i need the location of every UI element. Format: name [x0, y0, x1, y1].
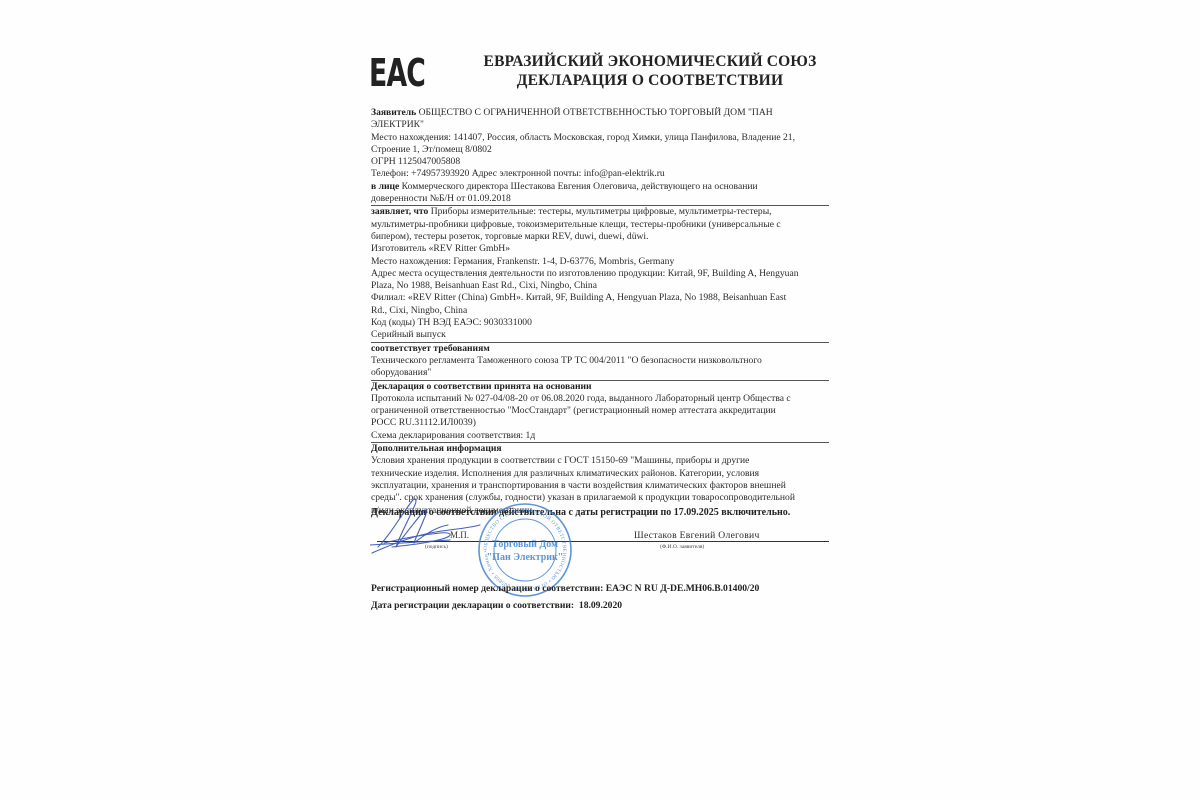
additional-label: Дополнительная информация [371, 443, 829, 455]
product-description-cont: бипером), тестеры розеток, торговые марк… [371, 231, 829, 243]
applicant-ogrn: ОГРН 1125047005808 [371, 156, 829, 168]
applicant-label: Заявитель [371, 107, 416, 118]
declares-label: заявляет, что [371, 206, 428, 217]
registration-date-label: Дата регистрации декларации о соответств… [371, 600, 574, 611]
stamp-name-line1: Торговый Дом [492, 539, 558, 550]
branch-cont: Rd., Cixi, Ningbo, China [371, 305, 829, 317]
regulation-cont: оборудования" [371, 367, 829, 379]
eac-logo: ЕАС [369, 50, 425, 96]
production-address: Адрес места осуществления деятельности п… [371, 268, 829, 280]
registration-number-value: ЕАЭС N RU Д-DE.МН06.В.01400/20 [603, 583, 759, 594]
signer-name: Шестаков Евгений Олегович [634, 530, 760, 541]
release-type: Серийный выпуск [371, 329, 829, 341]
representative-text-cont: доверенности №Б/Н от 01.09.2018 [371, 193, 829, 205]
declaration-page: ЕАС ЕВРАЗИЙСКИЙ ЭКОНОМИЧЕСКИЙ СОЮЗ ДЕКЛА… [0, 0, 1200, 800]
additional-text: Условия хранения продукции в соответстви… [371, 455, 829, 467]
header-union-title: ЕВРАЗИЙСКИЙ ЭКОНОМИЧЕСКИЙ СОЮЗ [470, 52, 830, 71]
basis-label: Декларация о соответствии принята на осн… [371, 381, 829, 393]
applicant-name: ОБЩЕСТВО С ОГРАНИЧЕННОЙ ОТВЕТСТВЕННОСТЬЮ… [416, 107, 773, 118]
applicant-section: Заявитель ОБЩЕСТВО С ОГРАНИЧЕННОЙ ОТВЕТС… [371, 107, 829, 205]
applicant-contacts: Телефон: +74957393920 Адрес электронной … [371, 168, 829, 180]
applicant-address: Место нахождения: 141407, Россия, област… [371, 132, 829, 144]
test-protocol: Протокола испытаний № 027-04/08-20 от 06… [371, 393, 829, 405]
test-protocol-cont: РОСС RU.31112.ИЛ0039) [371, 417, 829, 429]
applicant-address-cont: Строение 1, Эт/помещ 8/0802 [371, 144, 829, 156]
additional-text: эксплуатации, хранения и транспортирован… [371, 480, 829, 492]
header-document-title: ДЕКЛАРАЦИЯ О СООТВЕТСТВИИ [470, 71, 830, 90]
registration-date-value: 18.09.2020 [574, 600, 622, 611]
regulation: Технического регламента Таможенного союз… [371, 355, 829, 367]
branch: Филиал: «REV Ritter (China) GmbH». Китай… [371, 292, 829, 304]
tn-ved-code: Код (коды) ТН ВЭД ЕАЭС: 9030331000 [371, 317, 829, 329]
manufacturer-address: Место нахождения: Германия, Frankenstr. … [371, 256, 829, 268]
stamp-inner-ring [494, 519, 556, 581]
additional-text: технические изделия. Исполнения для разл… [371, 468, 829, 480]
representative-text: Коммерческого директора Шестакова Евгени… [399, 181, 757, 192]
basis-section: Декларация о соответствии принята на осн… [371, 381, 829, 442]
production-address-cont: Plaza, No 1988, Beisanhuan East Rd., Cix… [371, 280, 829, 292]
stamp-name-line2: "Пан Электрик" [487, 552, 564, 563]
registration-number-label: Регистрационный номер декларации о соотв… [371, 583, 603, 594]
registration-number: Регистрационный номер декларации о соотв… [371, 583, 759, 594]
registration-date: Дата регистрации декларации о соответств… [371, 600, 622, 611]
document-header: ЕВРАЗИЙСКИЙ ЭКОНОМИЧЕСКИЙ СОЮЗ ДЕКЛАРАЦИ… [470, 52, 830, 90]
manufacturer: Изготовитель «REV Ritter GmbH» [371, 243, 829, 255]
signer-caption: (Ф.И.О. заявителя) [660, 544, 704, 550]
conforms-section: соответствует требованиям Технического р… [371, 343, 829, 380]
test-protocol-cont: ограниченной ответственностью "МосСтанда… [371, 405, 829, 417]
declaration-scheme: Схема декларирования соответствия: 1д [371, 430, 829, 442]
applicant-name-cont: ЭЛЕКТРИК" [371, 119, 829, 131]
representative-label: в лице [371, 181, 399, 192]
declares-section: заявляет, что Приборы измерительные: тес… [371, 206, 829, 341]
product-description-cont: мультиметры-пробники цифровые, токоизмер… [371, 219, 829, 231]
product-description: Приборы измерительные: тестеры, мультиме… [428, 206, 771, 217]
declaration-body: Заявитель ОБЩЕСТВО С ОГРАНИЧЕННОЙ ОТВЕТС… [371, 107, 829, 517]
conforms-label: соответствует требованиям [371, 343, 829, 355]
stamp-ring-text: ОБЩЕСТВО С ОГРАНИЧЕННОЙ ОТВЕТСТВЕННОСТЬЮ… [483, 508, 567, 592]
